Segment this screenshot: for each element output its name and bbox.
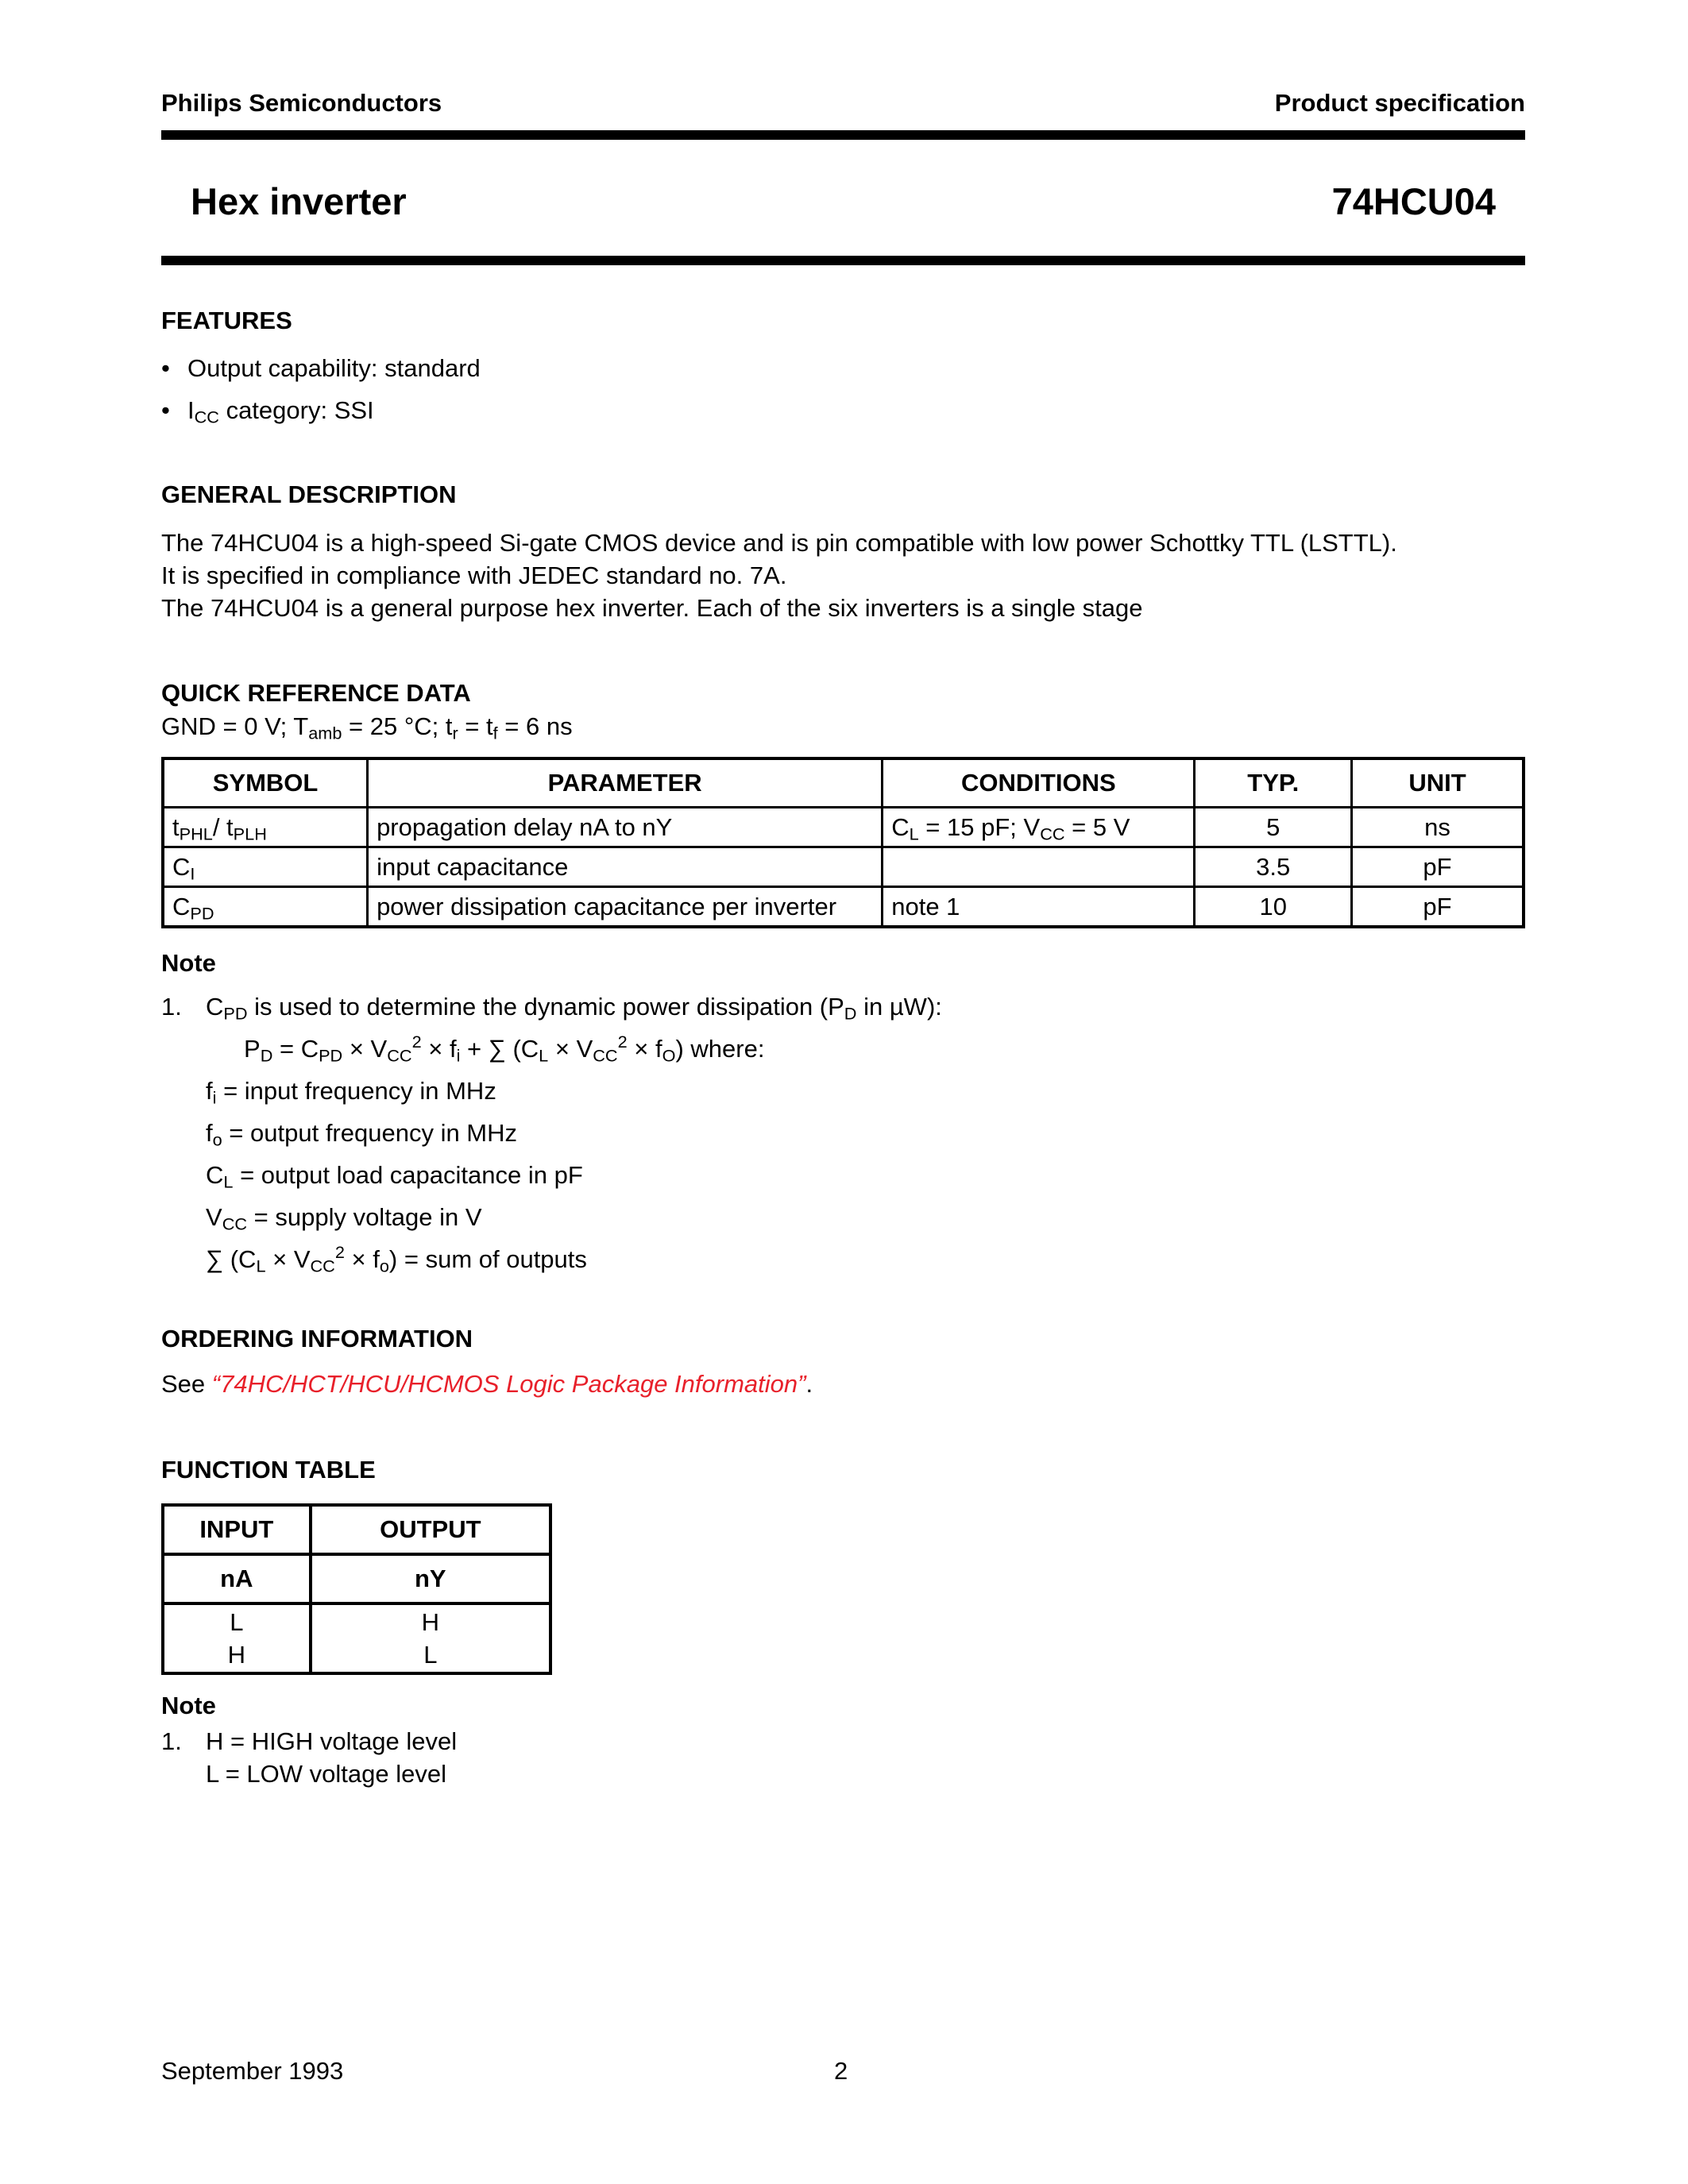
column-header: PARAMETER	[368, 758, 883, 808]
definition-line: fi = input frequency in MHz	[161, 1070, 942, 1112]
parameter-cell: propagation delay nA to nY	[368, 808, 883, 847]
part-number: 74HCU04	[1332, 179, 1496, 223]
ordering-body: See “74HC/HCT/HCU/HCMOS Logic Package In…	[161, 1368, 813, 1400]
typ-cell: 10	[1195, 887, 1352, 928]
table-row: L H H L	[163, 1603, 550, 1673]
column-header: SYMBOL	[163, 758, 368, 808]
output-values-cell: H L	[311, 1603, 550, 1673]
description-line: The 74HCU04 is a general purpose hex inv…	[161, 592, 1397, 624]
definition-line: VCC = supply voltage in V	[161, 1196, 942, 1238]
typ-cell: 3.5	[1195, 847, 1352, 887]
table-row: tPHL/ tPLH propagation delay nA to nY CL…	[163, 808, 1524, 847]
unit-cell: ns	[1352, 808, 1524, 847]
unit-cell: pF	[1352, 847, 1524, 887]
quick-reference-heading: QUICK REFERENCE DATA	[161, 679, 471, 708]
note-line: 1.H = HIGH voltage level	[161, 1725, 457, 1758]
note-line: L = LOW voltage level	[161, 1758, 457, 1790]
column-subheader: nY	[311, 1554, 550, 1603]
feature-item: Output capability: standard	[161, 352, 481, 394]
quick-reference-table: SYMBOL PARAMETER CONDITIONS TYP. UNIT tP…	[161, 757, 1525, 928]
qrd-note-heading: Note	[161, 949, 216, 978]
table-row: CI input capacitance 3.5 pF	[163, 847, 1524, 887]
definition-line: CL = output load capacitance in pF	[161, 1154, 942, 1196]
column-subheader: nA	[163, 1554, 311, 1603]
symbol-cell: CPD	[163, 887, 368, 928]
symbol-cell: CI	[163, 847, 368, 887]
column-header: UNIT	[1352, 758, 1524, 808]
column-header: OUTPUT	[311, 1505, 550, 1554]
column-header: INPUT	[163, 1505, 311, 1554]
footer-date: September 1993	[161, 2057, 343, 2086]
company-name: Philips Semiconductors	[161, 89, 442, 118]
feature-item: ICC category: SSI	[161, 394, 481, 436]
definition-line: fo = output frequency in MHz	[161, 1112, 942, 1154]
general-description-body: The 74HCU04 is a high-speed Si-gate CMOS…	[161, 527, 1397, 624]
function-table: INPUT OUTPUT nA nY L H H L	[161, 1503, 552, 1675]
column-header: CONDITIONS	[883, 758, 1195, 808]
ordering-heading: ORDERING INFORMATION	[161, 1325, 473, 1353]
package-info-link[interactable]: “74HC/HCT/HCU/HCMOS Logic Package Inform…	[212, 1370, 806, 1398]
features-list: Output capability: standard ICC category…	[161, 352, 481, 436]
parameter-cell: input capacitance	[368, 847, 883, 887]
conditions-cell: CL = 15 pF; VCC = 5 V	[883, 808, 1195, 847]
column-header: TYP.	[1195, 758, 1352, 808]
unit-cell: pF	[1352, 887, 1524, 928]
description-line: It is specified in compliance with JEDEC…	[161, 559, 1397, 592]
description-line: The 74HCU04 is a high-speed Si-gate CMOS…	[161, 527, 1397, 559]
parameter-cell: power dissipation capacitance per invert…	[368, 887, 883, 928]
definition-line: ∑ (CL × VCC2 × fo) = sum of outputs	[161, 1238, 942, 1280]
page-title: Hex inverter	[191, 179, 407, 223]
note-intro: 1.CPD is used to determine the dynamic p…	[161, 986, 942, 1028]
power-formula: PD = CPD × VCC2 × fi + ∑ (CL × VCC2 × fO…	[161, 1028, 942, 1070]
function-note-body: 1.H = HIGH voltage level L = LOW voltage…	[161, 1725, 457, 1790]
quick-reference-conditions: GND = 0 V; Tamb = 25 °C; tr = tf = 6 ns	[161, 710, 573, 743]
conditions-cell: note 1	[883, 887, 1195, 928]
input-values-cell: L H	[163, 1603, 311, 1673]
page-number: 2	[834, 2057, 848, 2086]
header-rule-bottom	[161, 256, 1525, 265]
header-rule-top	[161, 130, 1525, 140]
typ-cell: 5	[1195, 808, 1352, 847]
function-note-heading: Note	[161, 1692, 216, 1720]
table-header-row: SYMBOL PARAMETER CONDITIONS TYP. UNIT	[163, 758, 1524, 808]
features-heading: FEATURES	[161, 307, 292, 335]
conditions-cell	[883, 847, 1195, 887]
document-type: Product specification	[1275, 89, 1525, 118]
table-subheader-row: nA nY	[163, 1554, 550, 1603]
general-description-heading: GENERAL DESCRIPTION	[161, 480, 456, 509]
symbol-cell: tPHL/ tPLH	[163, 808, 368, 847]
table-row: CPD power dissipation capacitance per in…	[163, 887, 1524, 928]
table-header-row: INPUT OUTPUT	[163, 1505, 550, 1554]
function-table-heading: FUNCTION TABLE	[161, 1456, 376, 1484]
qrd-note-body: 1.CPD is used to determine the dynamic p…	[161, 986, 942, 1280]
